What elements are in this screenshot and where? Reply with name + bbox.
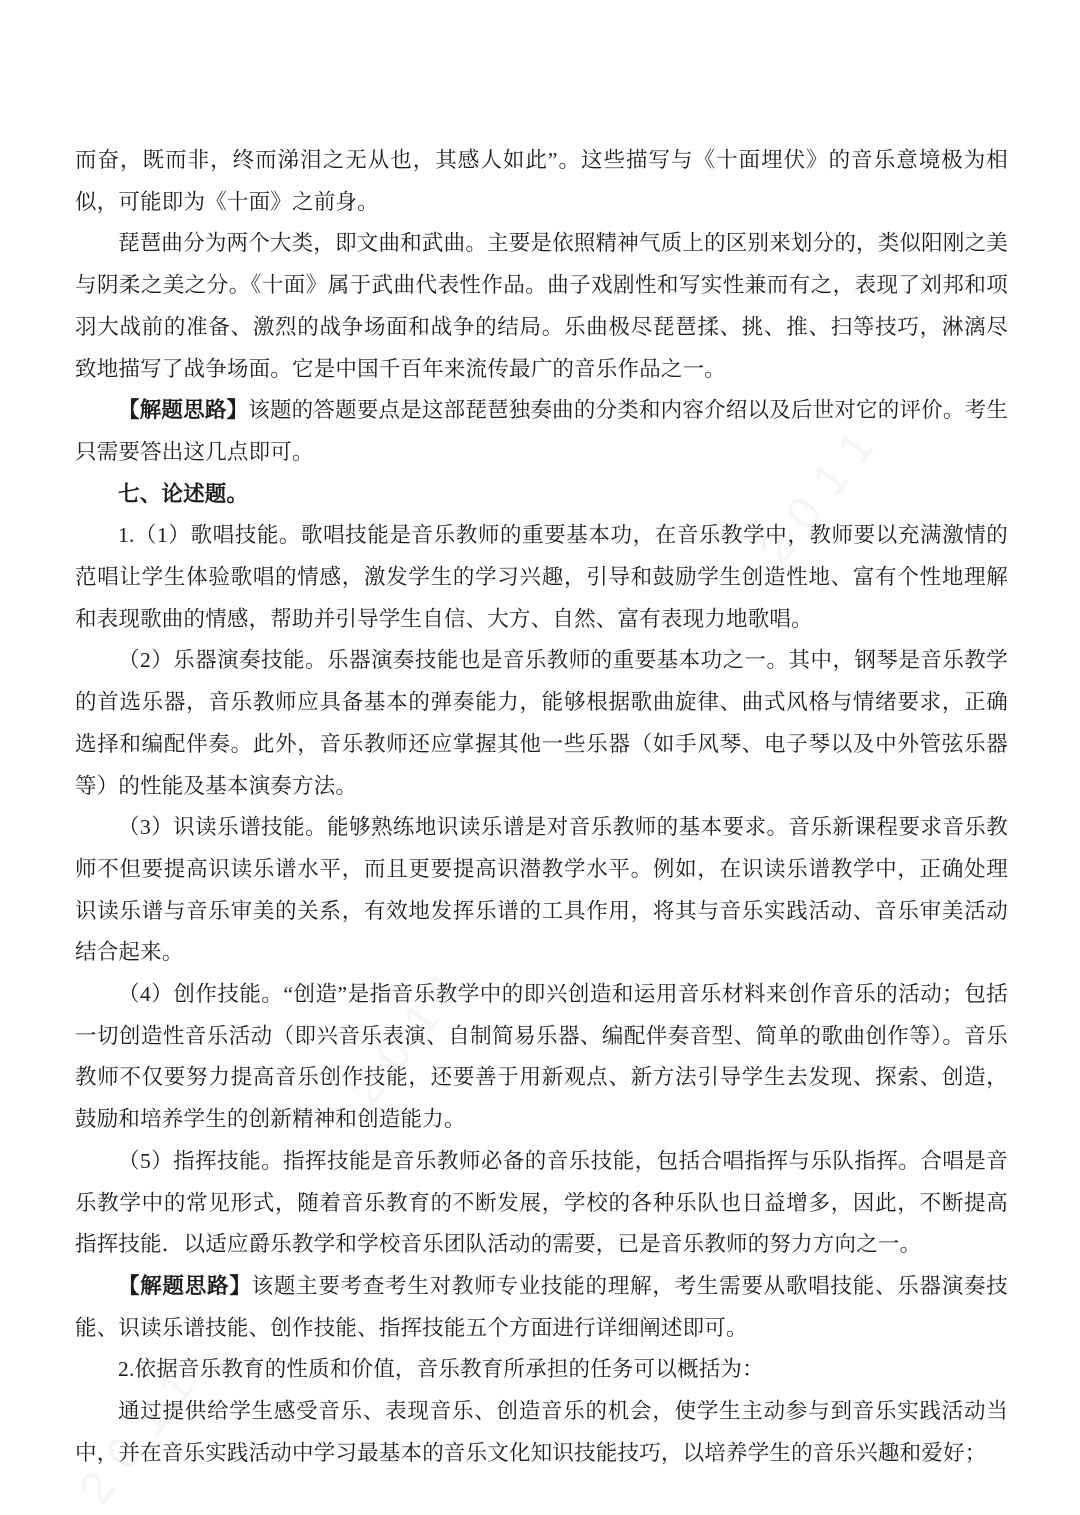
paragraph: （2）乐器演奏技能。乐器演奏技能也是音乐教师的重要基本功之一。其中，钢琴是音乐教… — [75, 640, 1008, 807]
paragraph-bold-label: 【解题思路】 — [118, 398, 248, 422]
paragraph: 【解题思路】该题主要考查考生对教师专业技能的理解，考生需要从歌唱技能、乐器演奏技… — [75, 1266, 1008, 1349]
paragraph: （4）创作技能。“创造”是指音乐教学中的即兴创造和运用音乐材料来创作音乐的活动；… — [75, 974, 1008, 1141]
paragraph: 通过提供给学生感受音乐、表现音乐、创造音乐的机会，使学生主动参与到音乐实践活动当… — [75, 1391, 1008, 1474]
paragraph: （3）识读乐谱技能。能够熟练地识读乐谱是对音乐教师的基本要求。音乐新课程要求音乐… — [75, 807, 1008, 974]
paragraph: 琵琶曲分为两个大类，即文曲和武曲。主要是依照精神气质上的区别来划分的，类似阳刚之… — [75, 223, 1008, 390]
paragraph: 2.依据音乐教育的性质和价值，音乐教育所承担的任务可以概括为： — [75, 1349, 1008, 1391]
section-heading: 七、论述题。 — [75, 474, 1008, 516]
document-text-block: 而奋，既而非，终而涕泪之无从也，其感人如此”。这些描写与《十面埋伏》的音乐意境极… — [75, 140, 1008, 1475]
document-page: 2011 2011 2011 而奋，既而非，终而涕泪之无从也，其感人如此”。这些… — [0, 0, 1080, 1515]
paragraph: 而奋，既而非，终而涕泪之无从也，其感人如此”。这些描写与《十面埋伏》的音乐意境极… — [75, 140, 1008, 223]
paragraph: 【解题思路】该题的答题要点是这部琵琶独奏曲的分类和内容介绍以及后世对它的评价。考… — [75, 390, 1008, 473]
paragraph: 1.（1）歌唱技能。歌唱技能是音乐教师的重要基本功，在音乐教学中，教师要以充满激… — [75, 515, 1008, 640]
paragraph: （5）指挥技能。指挥技能是音乐教师必备的音乐技能，包括合唱指挥与乐队指挥。合唱是… — [75, 1141, 1008, 1266]
paragraph-bold-label: 【解题思路】 — [118, 1274, 252, 1298]
